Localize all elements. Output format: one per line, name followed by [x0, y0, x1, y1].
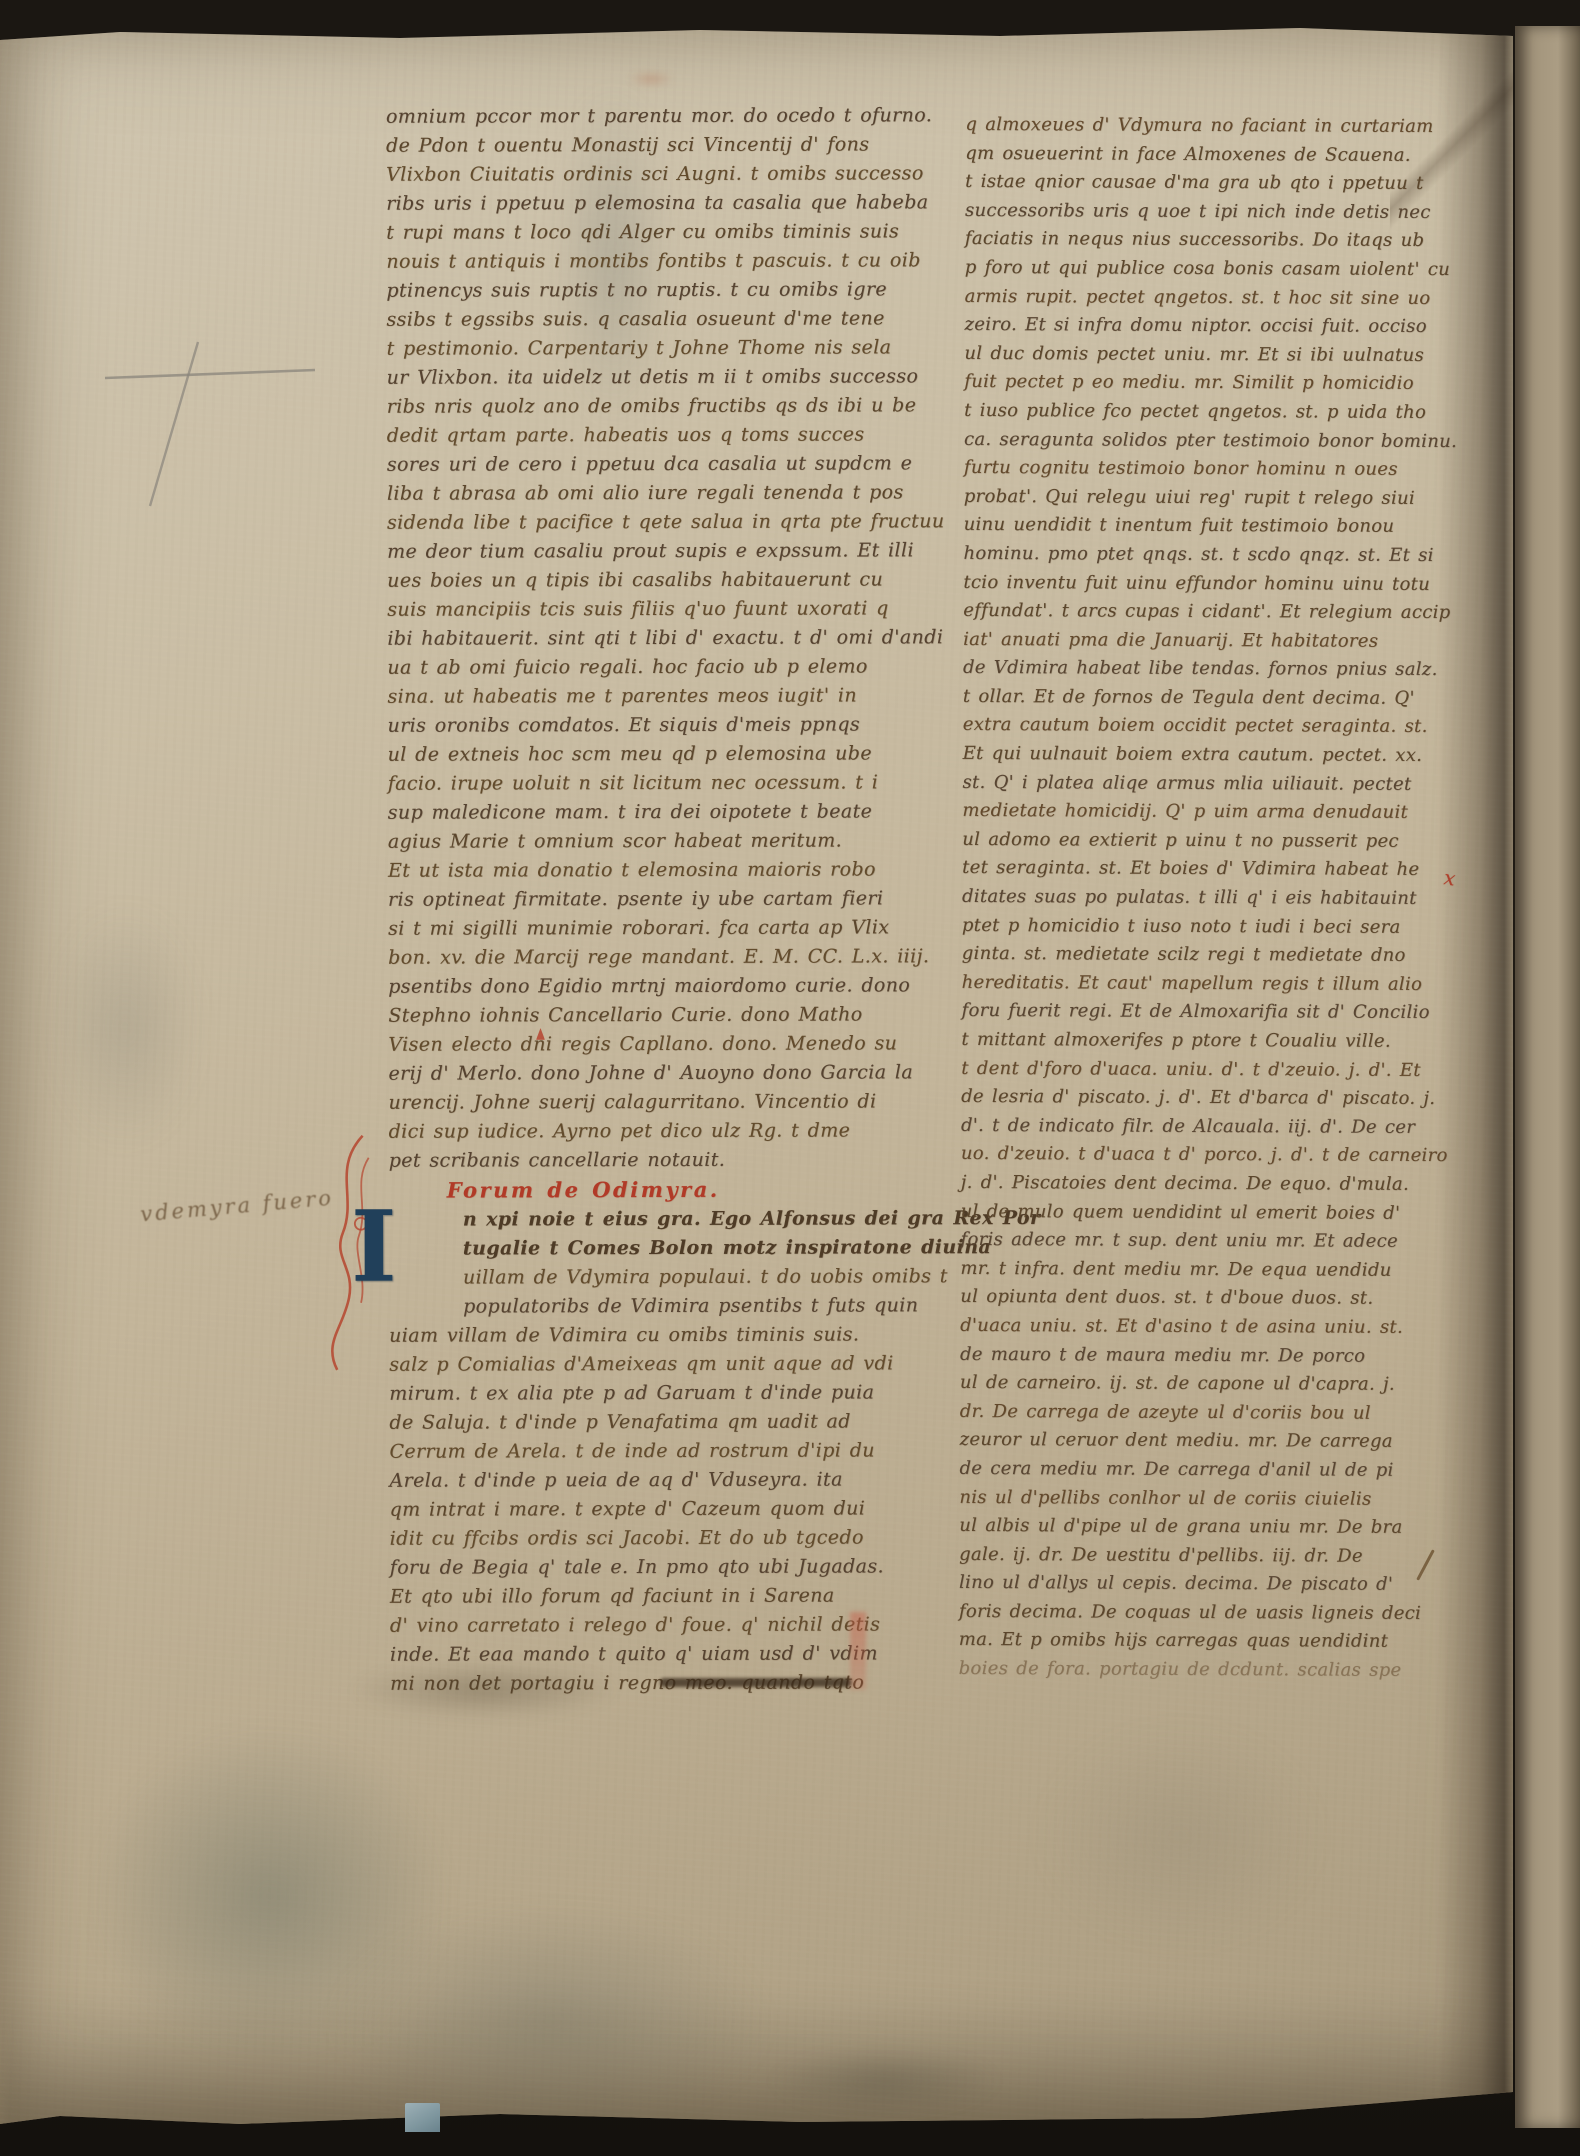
text-line: tcio inventu fuit uinu effundor hominu u… — [963, 568, 1455, 599]
text-line: j. d'. Piscatoies dent decima. De equo. … — [961, 1169, 1453, 1200]
text-line: uo. d'zeuio. t d'uaca t d' porco. j. d'.… — [961, 1140, 1453, 1171]
stain — [770, 2046, 1000, 2116]
text-line: q almoxeues d' Vdymura no faciant in cur… — [965, 111, 1457, 142]
strikethrough-mark — [660, 1678, 852, 1687]
stain — [50, 906, 200, 1146]
text-line: ul opiunta dent duos. st. t d'boue duos.… — [960, 1283, 1452, 1314]
text-line: de Vdimira habeat libe tendas. fornos pn… — [963, 654, 1455, 685]
text-line: ur Vlixbon. ita uidelz ut detis m ii t o… — [387, 362, 923, 392]
left-column-part1: omnium pccor mor t parentu mor. do ocedo… — [386, 101, 925, 1175]
right-column-lines: q almoxeues d' Vdymura no faciant in cur… — [959, 111, 1458, 1686]
text-line: ribs uris i ppetuu p elemosina ta casali… — [386, 188, 922, 218]
text-line: t dent d'foro d'uaca. uniu. d'. t d'zeui… — [961, 1055, 1453, 1086]
text-line: zeiro. Et si infra domu niptor. occisi f… — [964, 311, 1456, 342]
illuminated-initial: I — [351, 1204, 397, 1292]
text-line: ul de mulo quem uendidint ul emerit boie… — [961, 1197, 1453, 1228]
text-line: gale. ij. dr. De uestitu d'pellibs. iij.… — [959, 1541, 1451, 1572]
text-line: armis rupit. pectet qngetos. st. t hoc s… — [965, 282, 1457, 313]
text-line: ditates suas po pulatas. t illi q' i eis… — [962, 883, 1454, 914]
left-column-part2-lines: n xpi noie t eius gra. Ego Alfonsus dei … — [389, 1204, 926, 1698]
text-line: Cerrum de Arela. t de inde ad rostrum d'… — [389, 1436, 925, 1466]
text-line: furtu cognitu testimoio bonor hominu n o… — [964, 454, 1456, 485]
text-line: faciatis in nequs nius successoribs. Do … — [965, 225, 1457, 256]
text-line: nouis t antiquis i montibs fontibs t pas… — [386, 246, 922, 276]
stain — [330, 1906, 770, 2136]
text-line: psentibs dono Egidio mrtnj maiordomo cur… — [388, 971, 924, 1001]
text-line: t mittant almoxerifes p ptore t Coualiu … — [961, 1026, 1453, 1057]
text-line: ues boies un q tipis ibi casalibs habita… — [387, 565, 923, 595]
next-folio-edge — [1515, 26, 1580, 2128]
text-line: Vlixbon Ciuitatis ordinis sci Augni. t o… — [386, 159, 922, 189]
text-line: ca. seragunta solidos pter testimoio bon… — [964, 425, 1456, 456]
text-line: ul de carneiro. ij. st. de capone ul d'c… — [960, 1369, 1452, 1400]
text-line: sores uri de cero i ppetuu dca casalia u… — [387, 449, 923, 479]
text-line: foris decima. De coquas ul de uasis lign… — [959, 1598, 1451, 1629]
text-line: foru de Begia q' tale e. In pmo qto ubi … — [390, 1552, 926, 1582]
text-line: de Saluja. t d'inde p Venafatima qm uadi… — [389, 1407, 925, 1437]
text-line: ribs nris quolz ano de omibs fructibs qs… — [387, 391, 923, 421]
text-line: ptinencys suis ruptis t no ruptis. t cu … — [386, 275, 922, 305]
text-line: mirum. t ex alia pte p ad Garuam t d'ind… — [389, 1378, 925, 1408]
text-line: extra cautum boiem occidit pectet seragi… — [963, 711, 1455, 742]
text-line: boies de fora. portagiu de dcdunt. scali… — [959, 1655, 1451, 1686]
text-line: zeuror ul ceruor dent mediu. mr. De carr… — [960, 1426, 1452, 1457]
faint-folio-mark — [628, 72, 674, 86]
text-line: dici sup iudice. Ayrno pet dico ulz Rg. … — [389, 1116, 925, 1146]
text-line: hereditatis. Et caut' mapellum regis t i… — [962, 969, 1454, 1000]
manuscript-photo: vdemyra fuero omnium pccor mor t parentu… — [0, 0, 1580, 2156]
text-line: ibi habitauerit. sint qti t libi d' exac… — [387, 623, 923, 653]
red-cross-mark: x — [1442, 865, 1457, 890]
text-line: agius Marie t omnium scor habeat meritum… — [388, 826, 924, 856]
text-line: inde. Et eaa mando t quito q' uiam usd d… — [390, 1639, 926, 1669]
text-line: omnium pccor mor t parentu mor. do ocedo… — [386, 101, 922, 131]
text-line: Visen electo dni regis Capllano. dono. M… — [388, 1029, 924, 1059]
text-line: Stephno iohnis Cancellario Curie. dono M… — [388, 1000, 924, 1030]
bottom-edge-shading — [0, 1986, 1513, 2136]
text-line: Et qto ubi illo forum qd faciunt in i Sa… — [390, 1581, 926, 1611]
text-line: uris oronibs comdatos. Et siquis d'meis … — [388, 710, 924, 740]
text-line: uinu uendidit t inentum fuit testimoio b… — [964, 511, 1456, 542]
text-line: hominu. pmo ptet qnqs. st. t scdo qnqz. … — [963, 540, 1455, 571]
text-line: d'uaca uniu. st. Et d'asino t de asina u… — [960, 1312, 1452, 1343]
text-line: t pestimonio. Carpentariy t Johne Thome … — [387, 333, 923, 363]
blue-bookmark-tab — [405, 2103, 440, 2132]
text-line: idit cu ffcibs ordis sci Jacobi. Et do u… — [390, 1523, 926, 1553]
text-line: liba t abrasa ab omi alio iure regali te… — [387, 478, 923, 508]
text-line: tet seraginta. st. Et boies d' Vdimira h… — [962, 854, 1454, 885]
text-line: facio. irupe uoluit n sit licitum nec oc… — [388, 768, 924, 798]
text-line: Et qui uulnauit boiem extra cautum. pect… — [963, 740, 1455, 771]
stain — [90, 1726, 450, 2066]
text-line: ul adomo ea extierit p uinu t no pusseri… — [962, 826, 1454, 857]
text-line: iat' anuati pma die Januarij. Et habitat… — [963, 626, 1455, 657]
text-line: medietate homicidij. Q' p uim arma denud… — [962, 797, 1454, 828]
text-line: dr. De carrega de azeyte ul d'coriis bou… — [960, 1398, 1452, 1429]
text-line: sup maledicone mam. t ira dei oipotete t… — [388, 797, 924, 827]
text-line: ul duc domis pectet uniu. mr. Et si ibi … — [964, 340, 1456, 371]
text-line: mr. t infra. dent mediu mr. De equa uend… — [960, 1255, 1452, 1286]
text-line: probat'. Qui relegu uiui reg' rupit t re… — [964, 483, 1456, 514]
text-line: bon. xv. die Marcij rege mandant. E. M. … — [388, 942, 924, 972]
red-margin-smudge — [850, 1612, 866, 1690]
text-line: ssibs t egssibs suis. q casalia osueunt … — [386, 304, 922, 334]
text-line: p foro ut qui publice cosa bonis casam u… — [965, 254, 1457, 285]
left-column-part2: I n xpi noie t eius gra. Ego Alfonsus de… — [389, 1204, 926, 1698]
text-line: pet scribanis cancellarie notauit. — [389, 1145, 925, 1175]
right-text-column: q almoxeues d' Vdymura no faciant in cur… — [959, 111, 1458, 1686]
text-line: ptet p homicidio t iuso noto t iudi i be… — [962, 912, 1454, 943]
text-line: urencij. Johne suerij calagurritano. Vin… — [388, 1087, 924, 1117]
text-line: effundat'. t arcs cupas i cidant'. Et re… — [963, 597, 1455, 628]
text-line: n xpi noie t eius gra. Ego Alfonsus dei … — [389, 1204, 925, 1234]
text-line: qm intrat i mare. t expte d' Cazeum quom… — [390, 1494, 926, 1524]
text-line: Arela. t d'inde p ueia de aq d' Vduseyra… — [389, 1465, 925, 1495]
text-line: suis mancipiis tcis suis filiis q'uo fuu… — [387, 594, 923, 624]
text-line: t rupi mans t loco qdi Alger cu omibs ti… — [386, 217, 922, 247]
text-line: ul de extneis hoc scm meu qd p elemosina… — [388, 739, 924, 769]
text-line: dedit qrtam parte. habeatis uos q toms s… — [387, 420, 923, 450]
text-line: d'. t de indicato filr. de Alcauala. iij… — [961, 1112, 1453, 1143]
text-line: salz p Comialias d'Ameixeas qm unit aque… — [389, 1349, 925, 1379]
text-line: de cera mediu mr. De carrega d'anil ul d… — [959, 1455, 1451, 1486]
text-line: sina. ut habeatis me t parentes meos iug… — [387, 681, 923, 711]
text-line: nis ul d'pellibs conlhor ul de coriis ci… — [959, 1483, 1451, 1514]
text-line: d' vino carretato i relego d' foue. q' n… — [390, 1610, 926, 1640]
text-line: successoribs uris q uoe t ipi nich inde … — [965, 197, 1457, 228]
text-line: tugalie t Comes Bolon motz inspiratone d… — [389, 1233, 925, 1263]
parchment-folio: vdemyra fuero omnium pccor mor t parentu… — [0, 26, 1513, 2128]
text-line: de lesria d' piscato. j. d'. Et d'barca … — [961, 1083, 1453, 1114]
text-line: lino ul d'allys ul cepis. decima. De pis… — [959, 1569, 1451, 1600]
text-line: ua t ab omi fuicio regali. hoc facio ub … — [387, 652, 923, 682]
rubric-heading: Forum de Odimyra. — [389, 1174, 925, 1205]
text-line: uiam villam de Vdimira cu omibs timinis … — [389, 1320, 925, 1350]
left-text-column: omnium pccor mor t parentu mor. do ocedo… — [386, 101, 926, 1698]
text-line: ginta. st. medietate scilz regi t mediet… — [962, 940, 1454, 971]
pencil-cross-mark — [0, 26, 360, 546]
text-line: de Pdon t ouentu Monastij sci Vincentij … — [386, 130, 922, 160]
text-line: erij d' Merlo. dono Johne d' Auoyno dono… — [388, 1058, 924, 1088]
text-line: st. Q' i platea aliqe armus mlia uiliaui… — [962, 769, 1454, 800]
text-line: uillam de Vdymira populaui. t do uobis o… — [389, 1262, 925, 1292]
text-line: populatoribs de Vdimira psentibs t futs … — [389, 1291, 925, 1321]
text-line: fuit pectet p eo mediu. mr. Similit p ho… — [964, 368, 1456, 399]
text-line: t iuso publice fco pectet qngetos. st. p… — [964, 397, 1456, 428]
text-line: ma. Et p omibs hijs carregas quas uendid… — [959, 1626, 1451, 1657]
text-line: qm osueuerint in face Almoxenes de Scaue… — [965, 140, 1457, 171]
text-line: Et ut ista mia donatio t elemosina maior… — [388, 855, 924, 885]
text-line: t istae qnior causae d'ma gra ub qto i p… — [965, 168, 1457, 199]
text-line: sidenda libe t pacifice t qete salua in … — [387, 507, 923, 537]
text-line: foru fuerit regi. Et de Almoxarifia sit … — [961, 997, 1453, 1028]
text-line: de mauro t de maura mediu mr. De porco — [960, 1340, 1452, 1371]
text-line: foris adece mr. t sup. dent uniu mr. Et … — [960, 1226, 1452, 1257]
stain — [1040, 1726, 1320, 1946]
text-line: me deor tium casaliu prout supis e expss… — [387, 536, 923, 566]
margin-note: vdemyra fuero — [139, 1186, 335, 1227]
text-line: si t mi sigilli munimie roborari. fca ca… — [388, 913, 924, 943]
text-line: ris optineat firmitate. psente iy ube ca… — [388, 884, 924, 914]
text-line: ul albis ul d'pipe ul de grana uniu mr. … — [959, 1512, 1451, 1543]
text-line: t ollar. Et de fornos de Tegula dent dec… — [963, 683, 1455, 714]
